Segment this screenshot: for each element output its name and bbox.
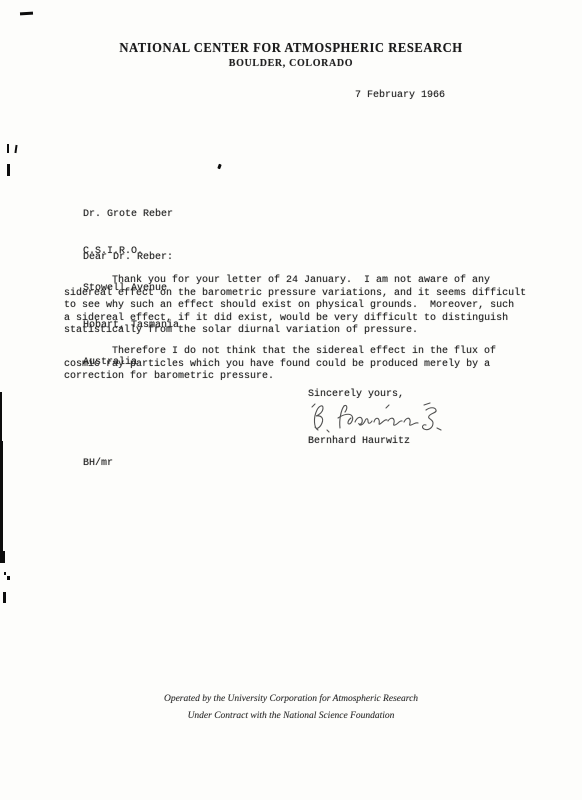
date-line: 7 February 1966 (355, 90, 445, 102)
reference-initials: BH/mr (83, 458, 113, 470)
letter-footer: Operated by the University Corporation f… (0, 694, 582, 728)
scan-edge-nub (0, 551, 5, 563)
scan-artifact-tick (3, 592, 6, 603)
salutation: Dear Dr. Reber: (83, 252, 173, 264)
handwritten-signature (300, 400, 448, 436)
scan-artifact-tick (14, 145, 17, 153)
signer-typed-name: Bernhard Haurwitz (308, 436, 410, 448)
scan-edge-line-thick (0, 441, 3, 557)
scan-artifact-dot (7, 576, 10, 580)
footer-line-1: Operated by the University Corporation f… (0, 694, 582, 704)
scan-artifact-dot (4, 572, 6, 575)
scan-artifact-mark (217, 164, 222, 170)
scan-artifact-top-dash (20, 12, 33, 16)
scan-artifact-tick (7, 144, 9, 153)
letterhead-org-name: NATIONAL CENTER FOR ATMOSPHERIC RESEARCH (29, 41, 553, 57)
body-paragraph-1: Thank you for your letter of 24 January.… (64, 275, 536, 338)
letterhead-location: BOULDER, COLORADO (15, 58, 568, 69)
scan-artifact-tick (7, 164, 10, 176)
letter-page: NATIONAL CENTER FOR ATMOSPHERIC RESEARCH… (0, 0, 582, 800)
footer-line-2: Under Contract with the National Science… (0, 711, 582, 721)
address-line: Dr. Grote Reber (83, 209, 179, 221)
body-paragraph-2: Therefore I do not think that the sidere… (64, 346, 536, 384)
